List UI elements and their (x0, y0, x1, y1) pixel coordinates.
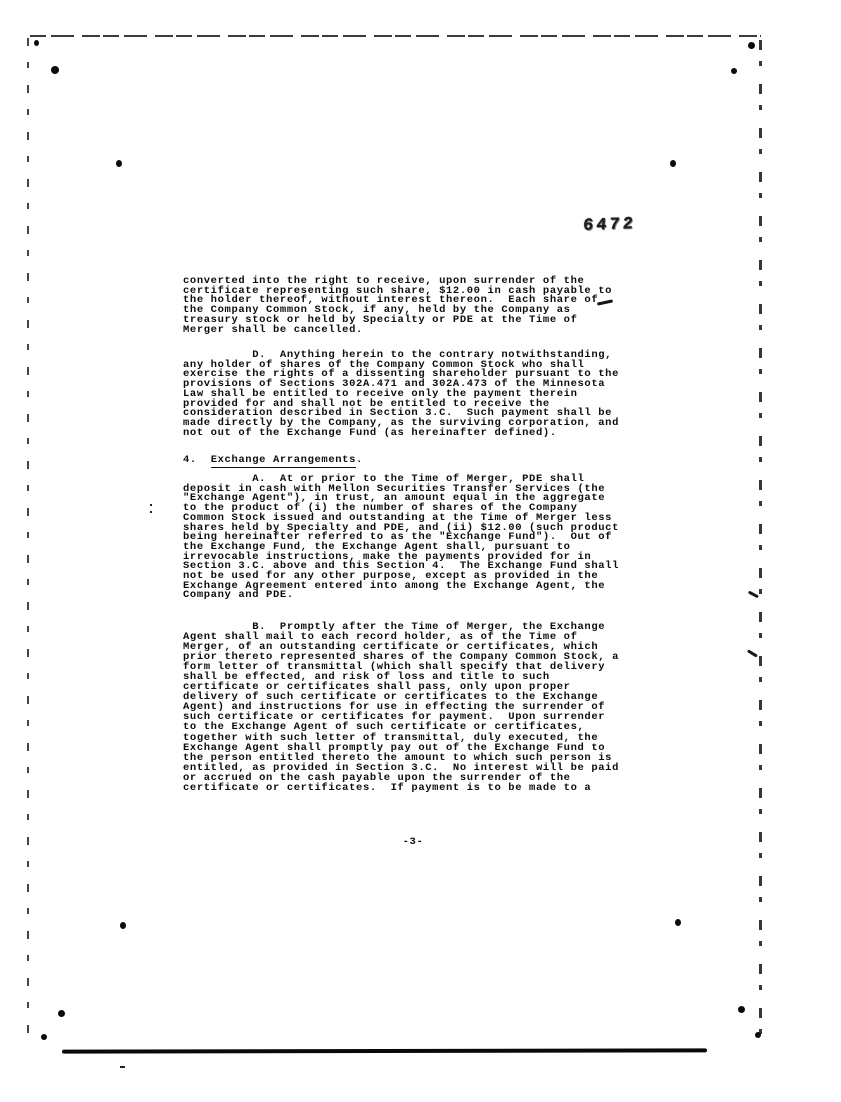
scan-dot (58, 1010, 65, 1017)
paragraph-a: A. At or prior to the Time of Merger, PD… (183, 475, 619, 601)
paragraph-continuation: converted into the right to receive, upo… (183, 277, 612, 335)
scan-dot (51, 66, 59, 74)
scan-dot (738, 1006, 745, 1013)
scan-dot (670, 160, 676, 167)
scan-dot (116, 160, 122, 167)
scan-dot (41, 1034, 47, 1040)
scan-dot (755, 1032, 761, 1038)
section-heading: 4. Exchange Arrangements. (183, 456, 363, 466)
scan-hook-mark (747, 649, 758, 657)
scan-speck (150, 504, 152, 506)
scan-border-left (27, 38, 29, 1045)
scan-dot (120, 922, 126, 929)
section-title: Exchange Arrangements (211, 454, 356, 468)
section-number: 4. (183, 454, 211, 466)
scan-dot (748, 42, 755, 49)
page-number: -3- (183, 836, 643, 848)
scan-border-top (30, 35, 761, 37)
scan-dot (34, 40, 39, 46)
section-heading-period: . (356, 454, 363, 466)
scan-border-right (759, 40, 762, 1045)
paragraph-d: D. Anything herein to the contrary notwi… (183, 351, 619, 438)
paragraph-b: B. Promptly after the Time of Merger, th… (183, 622, 619, 793)
scan-dot (675, 919, 681, 926)
scan-dot (731, 68, 737, 74)
scan-hook-mark (748, 591, 759, 598)
scan-border-bottom (62, 1048, 707, 1053)
scanned-document-page: 6472 converted into the right to receive… (0, 0, 841, 1102)
stamp-number: 6472 (582, 215, 636, 236)
scan-speck (120, 1066, 125, 1068)
scan-speck (150, 511, 152, 513)
